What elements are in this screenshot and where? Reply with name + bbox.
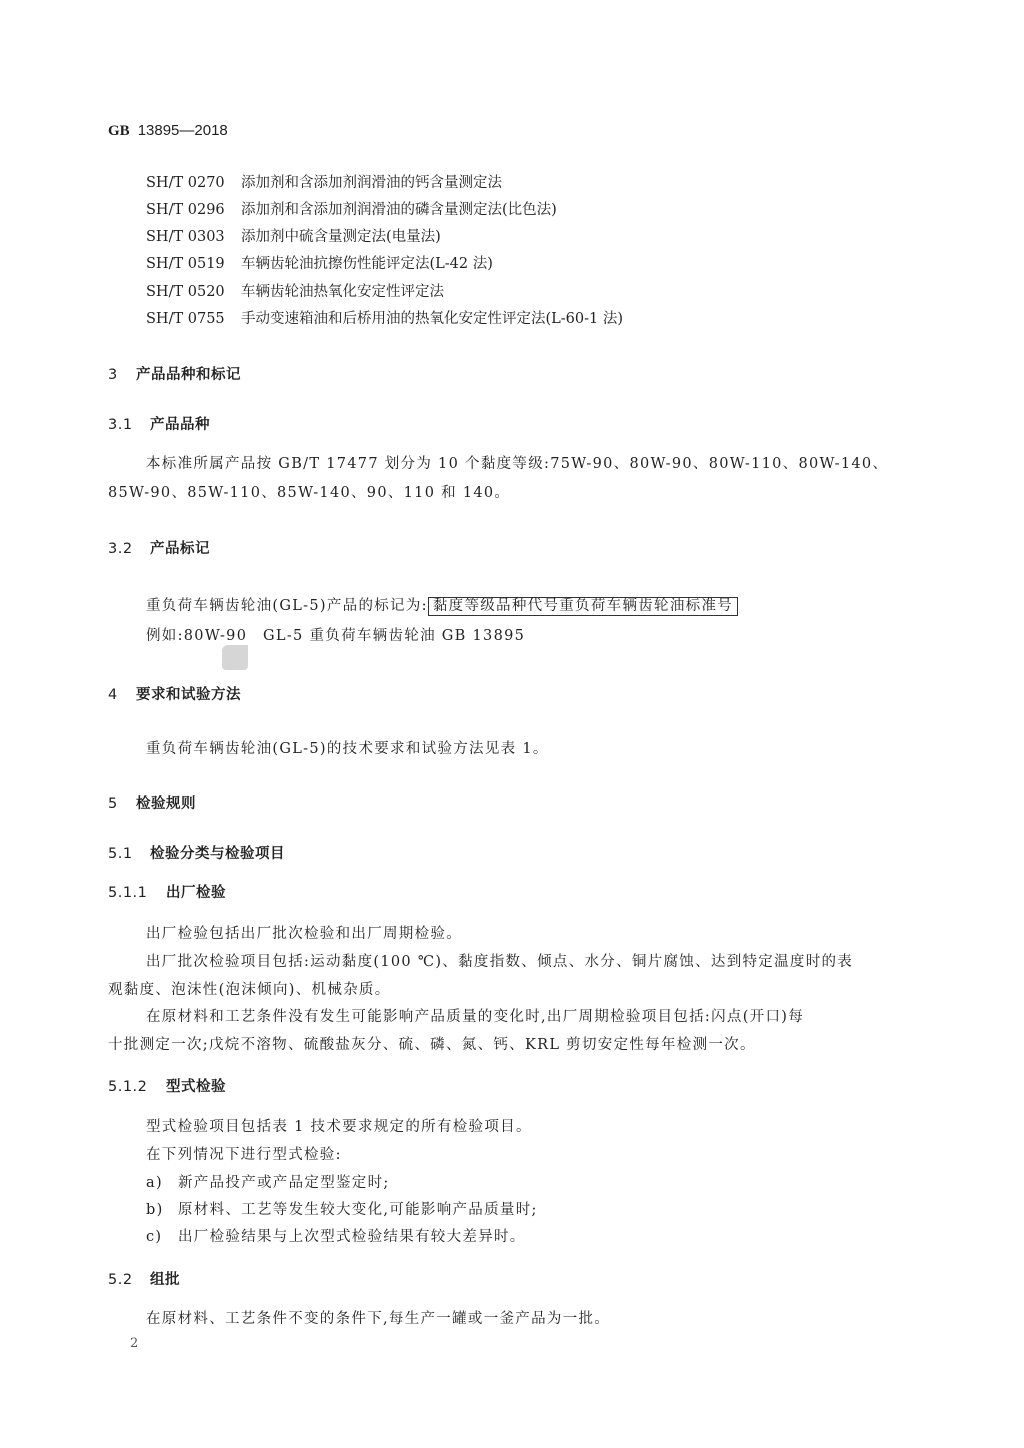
product-mark-example: 例如:80W-90 GL-5 重负荷车辆齿轮油 GB 13895 [146, 624, 525, 645]
paragraph: 在原材料、工艺条件不变的条件下,每生产一罐或一釜产品为一批。 [146, 1307, 610, 1328]
section-heading-5-2: 5.2组批 [108, 1268, 180, 1289]
section-heading-3-1: 3.1产品品种 [108, 413, 210, 434]
gray-marker-tab [222, 645, 248, 670]
section-heading-5-1: 5.1检验分类与检验项目 [108, 842, 285, 863]
paragraph: 十批测定一次;戊烷不溶物、硫酸盐灰分、硫、磷、氮、钙、KRL 剪切安定性每年检测… [108, 1033, 756, 1054]
section-heading-4: 4要求和试验方法 [108, 683, 241, 704]
product-mark-line: 重负荷车辆齿轮油(GL-5)产品的标记为:黏度等级品种代号重负荷车辆齿轮油标准号 [146, 594, 738, 615]
paragraph: 在下列情况下进行型式检验: [146, 1143, 342, 1164]
paragraph: 本标准所属产品按 GB/T 17477 划分为 10 个黏度等级:75W-90、… [146, 452, 888, 473]
reference-item: SH/T 0519车辆齿轮油抗擦伤性能评定法(L-42 法) [146, 252, 493, 273]
paragraph: 85W-90、85W-110、85W-140、90、110 和 140。 [108, 481, 510, 502]
section-heading-3-2: 3.2产品标记 [108, 537, 210, 558]
paragraph: 在原材料和工艺条件没有发生可能影响产品质量的变化时,出厂周期检验项目包括:闪点(… [146, 1005, 804, 1026]
paragraph: 重负荷车辆齿轮油(GL-5)的技术要求和试验方法见表 1。 [146, 737, 549, 758]
section-heading-5-1-2: 5.1.2型式检验 [108, 1075, 226, 1096]
section-heading-5-1-1: 5.1.1出厂检验 [108, 881, 226, 902]
list-item: b)原材料、工艺等发生较大变化,可能影响产品质量时; [146, 1198, 538, 1219]
list-item: a)新产品投产或产品定型鉴定时; [146, 1171, 390, 1192]
section-heading-3: 3产品品种和标记 [108, 363, 241, 384]
product-mark-format-box: 黏度等级品种代号重负荷车辆齿轮油标准号 [428, 597, 738, 616]
standard-number: 13895—2018 [138, 122, 228, 139]
paragraph: 型式检验项目包括表 1 技术要求规定的所有检验项目。 [146, 1115, 532, 1136]
standard-prefix: GB [108, 123, 130, 139]
document-header: GB13895—2018 [108, 122, 228, 140]
paragraph: 出厂批次检验项目包括:运动黏度(100 ℃)、黏度指数、倾点、水分、铜片腐蚀、达… [146, 950, 853, 971]
list-item: c)出厂检验结果与上次型式检验结果有较大差异时。 [146, 1225, 526, 1246]
reference-item: SH/T 0296添加剂和含添加剂润滑油的磷含量测定法(比色法) [146, 198, 557, 219]
reference-item: SH/T 0520车辆齿轮油热氧化安定性评定法 [146, 280, 444, 301]
reference-item: SH/T 0303添加剂中硫含量测定法(电量法) [146, 225, 441, 246]
reference-item: SH/T 0755手动变速箱油和后桥用油的热氧化安定性评定法(L-60-1 法) [146, 307, 623, 328]
section-heading-5: 5检验规则 [108, 792, 196, 813]
paragraph: 观黏度、泡沫性(泡沫倾向)、机械杂质。 [108, 978, 391, 999]
page-number: 2 [130, 1336, 138, 1351]
reference-item: SH/T 0270添加剂和含添加剂润滑油的钙含量测定法 [146, 171, 502, 192]
paragraph: 出厂检验包括出厂批次检验和出厂周期检验。 [146, 922, 462, 943]
